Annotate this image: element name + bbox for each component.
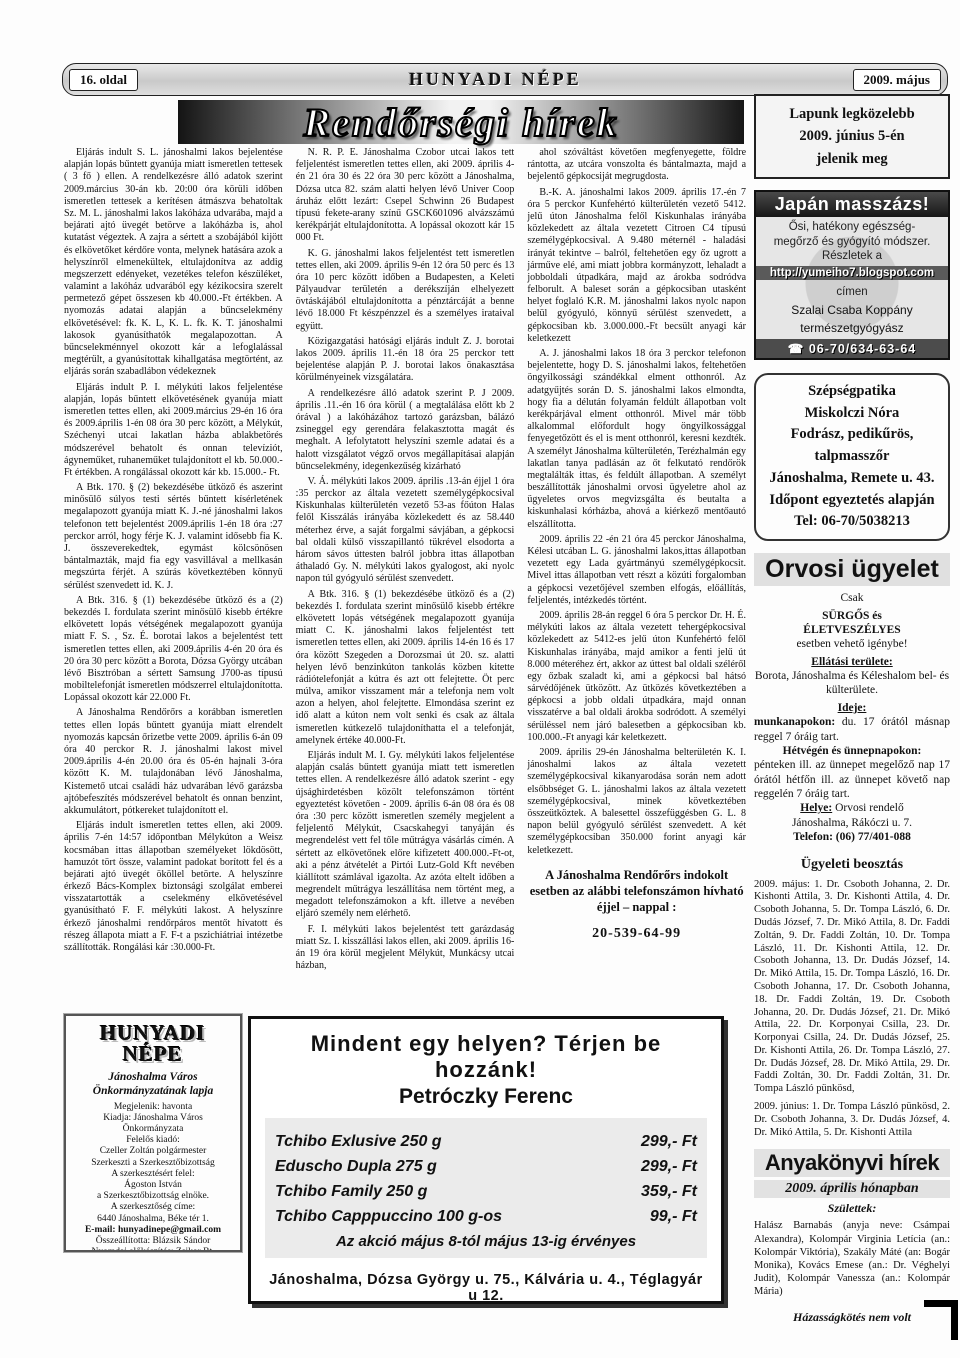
imprint-box: HUNYADI NÉPE Jánoshalma Város Önkormányz… <box>64 1014 242 1252</box>
massage-ad-title: Japán masszázs! <box>756 192 948 217</box>
news-column-3: ahol szóváltást követően megfenyegette, … <box>527 147 746 1039</box>
page-header: 16. oldal HUNYADI NÉPE 2009. május <box>62 63 948 96</box>
news-paragraph: Eljárás indult S. L. jánoshalmi lakos be… <box>64 147 283 379</box>
massage-ad: Japán masszázs! Ősi, hatékony egészség- … <box>754 190 950 360</box>
product-price: 299,- Ft <box>641 1133 697 1151</box>
product-name: Tchibo Capppuccino 100 g-os <box>275 1208 502 1226</box>
beauty-ad: SzépségpatikaMiskolczi NóraFodrász, pedi… <box>754 373 950 541</box>
imprint-line: E-mail: hunyadinepe@gmail.com <box>70 1225 236 1236</box>
massage-ad-phone: ☎ 06-70/634-63-64 <box>756 339 948 358</box>
imprint-logo: HUNYADI NÉPE <box>70 1023 236 1065</box>
next-issue-box: Lapunk legközelebb2009. június 5-énjelen… <box>754 94 950 179</box>
section-banner: Rendőrségi hírek <box>178 100 744 144</box>
duty-place-address: Jánoshalma, Rákóczi u. 7. <box>754 816 950 830</box>
imprint-line: Nyomdai előkészítés: Zsikor Bt. <box>70 1247 236 1252</box>
product-price: 359,- Ft <box>641 1183 697 1201</box>
right-sidebar: Lapunk legközelebb2009. június 5-énjelen… <box>754 94 950 1352</box>
news-paragraph: ahol szóváltást követően megfenyegette, … <box>527 147 746 184</box>
news-paragraph: 2009. április 29-én Jánoshalma belterüle… <box>527 747 746 857</box>
news-paragraph: A Btk. 170. § (2) bekezdésébe ütköző és … <box>64 482 283 592</box>
duty-time-label: Ideje: <box>754 701 950 715</box>
news-paragraph: A Jánoshalma Rendőrőrs a korábban ismere… <box>64 707 283 817</box>
shop-ad-headline: Mindent egy helyen? Térjen be hozzánk! <box>265 1031 707 1083</box>
shop-ad-box: Mindent egy helyen? Térjen be hozzánk! P… <box>248 1016 724 1304</box>
imprint-line: Szerkeszti a Szerkesztőbizottság <box>70 1158 236 1169</box>
shop-ad-price-list: Tchibo Exlusive 250 g 299,- Ft Eduscho D… <box>265 1118 707 1258</box>
news-paragraph: V. Á. mélykúti lakos 2009. április .13-á… <box>296 476 515 586</box>
registry-born-label: Születtek: <box>754 1201 950 1216</box>
imprint-slogan: Jánoshalma Város Önkormányzatának lapja <box>70 1071 236 1099</box>
massage-ad-url: http://yumeiho7.blogspot.com <box>756 266 948 280</box>
duty-weekdays: munkanapokon: du. 17 órától másnap regge… <box>754 715 950 744</box>
price-row: Tchibo Capppuccino 100 g-os 99,- Ft <box>275 1208 697 1226</box>
shop-address: Jánoshalma, Dózsa György u. 75., Kálvári… <box>265 1272 707 1304</box>
promo-validity: Az akció május 8-tól május 13-ig érvénye… <box>275 1233 697 1250</box>
news-paragraph: A Btk. 316. § (1) bekezdésébe ütköző és … <box>296 589 515 747</box>
massage-ad-line: megőrző és gyógyító módszer. <box>758 235 946 249</box>
imprint-logo-line2: NÉPE <box>70 1044 236 1065</box>
imprint-line: 6440 Jánoshalma, Béke tér 1. <box>70 1214 236 1225</box>
duty-danger: ÉLETVESZÉLYES <box>754 623 950 637</box>
news-paragraph: A Btk. 316. § (1) bekezdésébe ütköző és … <box>64 595 283 705</box>
news-column-1: Eljárás indult S. L. jánoshalmi lakos be… <box>64 147 283 1015</box>
news-paragraph: F. I. mélykúti lakos bejelentést tett ga… <box>296 924 515 973</box>
price-row: Eduscho Dupla 275 g 299,- Ft <box>275 1158 697 1176</box>
beauty-ad-line: Jánoshalma, Remete u. 43. <box>760 468 944 490</box>
police-news-body: Eljárás indult S. L. jánoshalmi lakos be… <box>64 147 746 1045</box>
duty-weekend-text: pénteken ill. az ünnepet megelőző nap 17… <box>754 758 950 801</box>
duty-roster-june: 2009. június: 1. Dr. Tompa László pünkös… <box>754 1101 950 1139</box>
price-row: Tchibo Family 250 g 359,- Ft <box>275 1183 697 1201</box>
imprint-line: A szerkesztésért felel: <box>70 1169 236 1180</box>
news-column-2: N. R. P. E. Jánoshalma Czobor utcai lako… <box>296 147 515 1045</box>
duty-weekdays-label: munkanapokon: <box>754 716 835 728</box>
duty-phone: Telefon: (06) 77/401-088 <box>754 830 950 844</box>
beauty-ad-line: Szépségpatika <box>760 381 944 403</box>
news-paragraph: 2009. április 28-án reggel 6 óra 5 perck… <box>527 610 746 744</box>
duty-area: Ellátási területe: Borota, Jánoshalma és… <box>754 655 950 698</box>
duty-roster: 2009. május: 1. Dr. Csoboth Johanna, 2. … <box>754 879 950 1140</box>
massage-ad-line: címen <box>756 282 948 299</box>
imprint-line: Megjelenik: havonta <box>70 1102 236 1113</box>
phone-icon: ☎ <box>788 342 805 356</box>
duty-weekend-label: Hétvégén és ünnepnapokon: <box>754 744 950 758</box>
product-price: 99,- Ft <box>650 1208 697 1226</box>
imprint-slogan-line1: Jánoshalma Város <box>70 1071 236 1085</box>
news-paragraph: A. J. jánoshalmi lakos 18 óra 3 perckor … <box>527 348 746 531</box>
medical-duty-title: Orvosi ügyelet <box>754 553 950 586</box>
imprint-line: Czeller Zoltán polgármester <box>70 1146 236 1157</box>
registry-month: 2009. április hónapban <box>754 1180 950 1198</box>
section-title: Rendőrségi hírek <box>303 99 618 146</box>
product-name: Tchibo Family 250 g <box>275 1183 427 1201</box>
imprint-lines: Megjelenik: havontaKiadja: Jánoshalma Vá… <box>70 1102 236 1252</box>
duty-place: Helye: Orvosi rendelő <box>754 801 950 815</box>
next-issue-line: 2009. június 5-én <box>758 125 946 147</box>
registry-news-title: Anyakönyvi hírek <box>754 1149 950 1177</box>
beauty-ad-line: Miskolczi Nóra <box>760 403 944 425</box>
beauty-ad-line: Időpont egyeztetés alapján Tel: 06-70/50… <box>760 490 944 534</box>
duty-note: esetben vehető igénybe! <box>754 637 950 651</box>
news-paragraph: N. R. P. E. Jánoshalma Czobor utcai lako… <box>296 147 515 245</box>
news-paragraph: 2009. április 22 -én 21 óra 45 perckor J… <box>527 534 746 607</box>
duty-roster-may: 2009. május: 1. Dr. Csoboth Johanna, 2. … <box>754 879 950 1097</box>
massage-ad-job: természetgyógyász <box>756 321 948 335</box>
masthead-title: HUNYADI NÉPE <box>409 69 582 90</box>
next-issue-line: jelenik meg <box>758 148 946 170</box>
medical-duty-info: Csak SÜRGŐS és ÉLETVESZÉLYES esetben veh… <box>754 591 950 844</box>
page-number: 16. oldal <box>69 69 138 91</box>
imprint-line: Kiadja: Jánoshalma Város <box>70 1113 236 1124</box>
news-paragraph: K. G. jánoshalmi lakos feljelentést tett… <box>296 248 515 333</box>
duty-area-text: Borota, Jánoshalma és Kéleshalom bel- és… <box>755 670 949 696</box>
imprint-logo-line1: HUNYADI <box>70 1023 236 1044</box>
news-column-3-paragraphs: ahol szóváltást követően megfenyegette, … <box>527 147 746 857</box>
duty-area-label: Ellátási területe: <box>811 656 892 668</box>
next-issue-line: Lapunk legközelebb <box>758 103 946 125</box>
police-contact-block: A Jánoshalma Rendőrőrs indokolt esetben … <box>527 867 746 944</box>
massage-ad-person: Szalai Csaba Koppány <box>756 303 948 317</box>
police-contact-text: A Jánoshalma Rendőrőrs indokolt esetben … <box>527 867 746 916</box>
duty-urgent: SÜRGŐS és <box>754 609 950 623</box>
news-paragraph: Eljárás indult P. I. mélykúti lakos felj… <box>64 382 283 480</box>
imprint-line: a Szerkesztőbizottság elnöke. <box>70 1191 236 1202</box>
duty-only: Csak <box>754 591 950 605</box>
product-name: Tchibo Exlusive 250 g <box>275 1133 442 1151</box>
imprint-line: Felelős kiadó: <box>70 1135 236 1146</box>
shop-ad-owner: Petróczky Ferenc <box>265 1085 707 1109</box>
duty-place-text: Orvosi rendelő <box>832 802 904 814</box>
duty-roster-title: Ügyeleti beosztás <box>754 857 950 873</box>
crop-mark-horizontal <box>924 1300 958 1307</box>
massage-ad-line: Ősi, hatékony egészség- <box>758 220 946 234</box>
duty-place-label: Helye: <box>800 802 832 814</box>
massage-ad-line: Részletek a <box>758 249 946 263</box>
registry-marriage-note: Házasságkötés nem volt <box>754 1310 950 1325</box>
news-paragraph: A rendelkezésre álló adatok szerint P. J… <box>296 388 515 473</box>
news-paragraph: Közigazgatási hatósági eljárás indult Z.… <box>296 336 515 385</box>
beauty-ad-line: Fodrász, pedikűrös, talpmasszőr <box>760 424 944 468</box>
imprint-line: Ágoston István <box>70 1180 236 1191</box>
registry-born-list: Halász Barnabás (anyja neve: Csámpai Ale… <box>754 1219 950 1298</box>
imprint-line: Önkormányzata <box>70 1124 236 1135</box>
police-contact-phone: 20-539-64-99 <box>527 925 746 943</box>
price-row: Tchibo Exlusive 250 g 299,- Ft <box>275 1133 697 1151</box>
news-paragraph: Eljárás indult M. I. Gy. mélykúti lakos … <box>296 750 515 921</box>
product-name: Eduscho Dupla 275 g <box>275 1158 437 1176</box>
massage-ad-body: Ősi, hatékony egészség- megőrző és gyógy… <box>756 217 948 263</box>
news-paragraph: B.-K. A. jánoshalmi lakos 2009. április … <box>527 187 746 345</box>
news-paragraph: Eljárás indult ismeretlen tettes ellen, … <box>64 820 283 954</box>
imprint-line: Összeállította: Blázsik Sándor <box>70 1236 236 1247</box>
massage-ad-phone-number: 06-70/634-63-64 <box>809 342 916 356</box>
imprint-slogan-line2: Önkormányzatának lapja <box>70 1085 236 1099</box>
product-price: 299,- Ft <box>641 1158 697 1176</box>
imprint-line: A szerkesztőség címe: <box>70 1202 236 1213</box>
crop-mark <box>924 1300 958 1340</box>
newspaper-page: 16. oldal HUNYADI NÉPE 2009. május Rendő… <box>0 0 960 1358</box>
issue-date: 2009. május <box>853 69 941 91</box>
